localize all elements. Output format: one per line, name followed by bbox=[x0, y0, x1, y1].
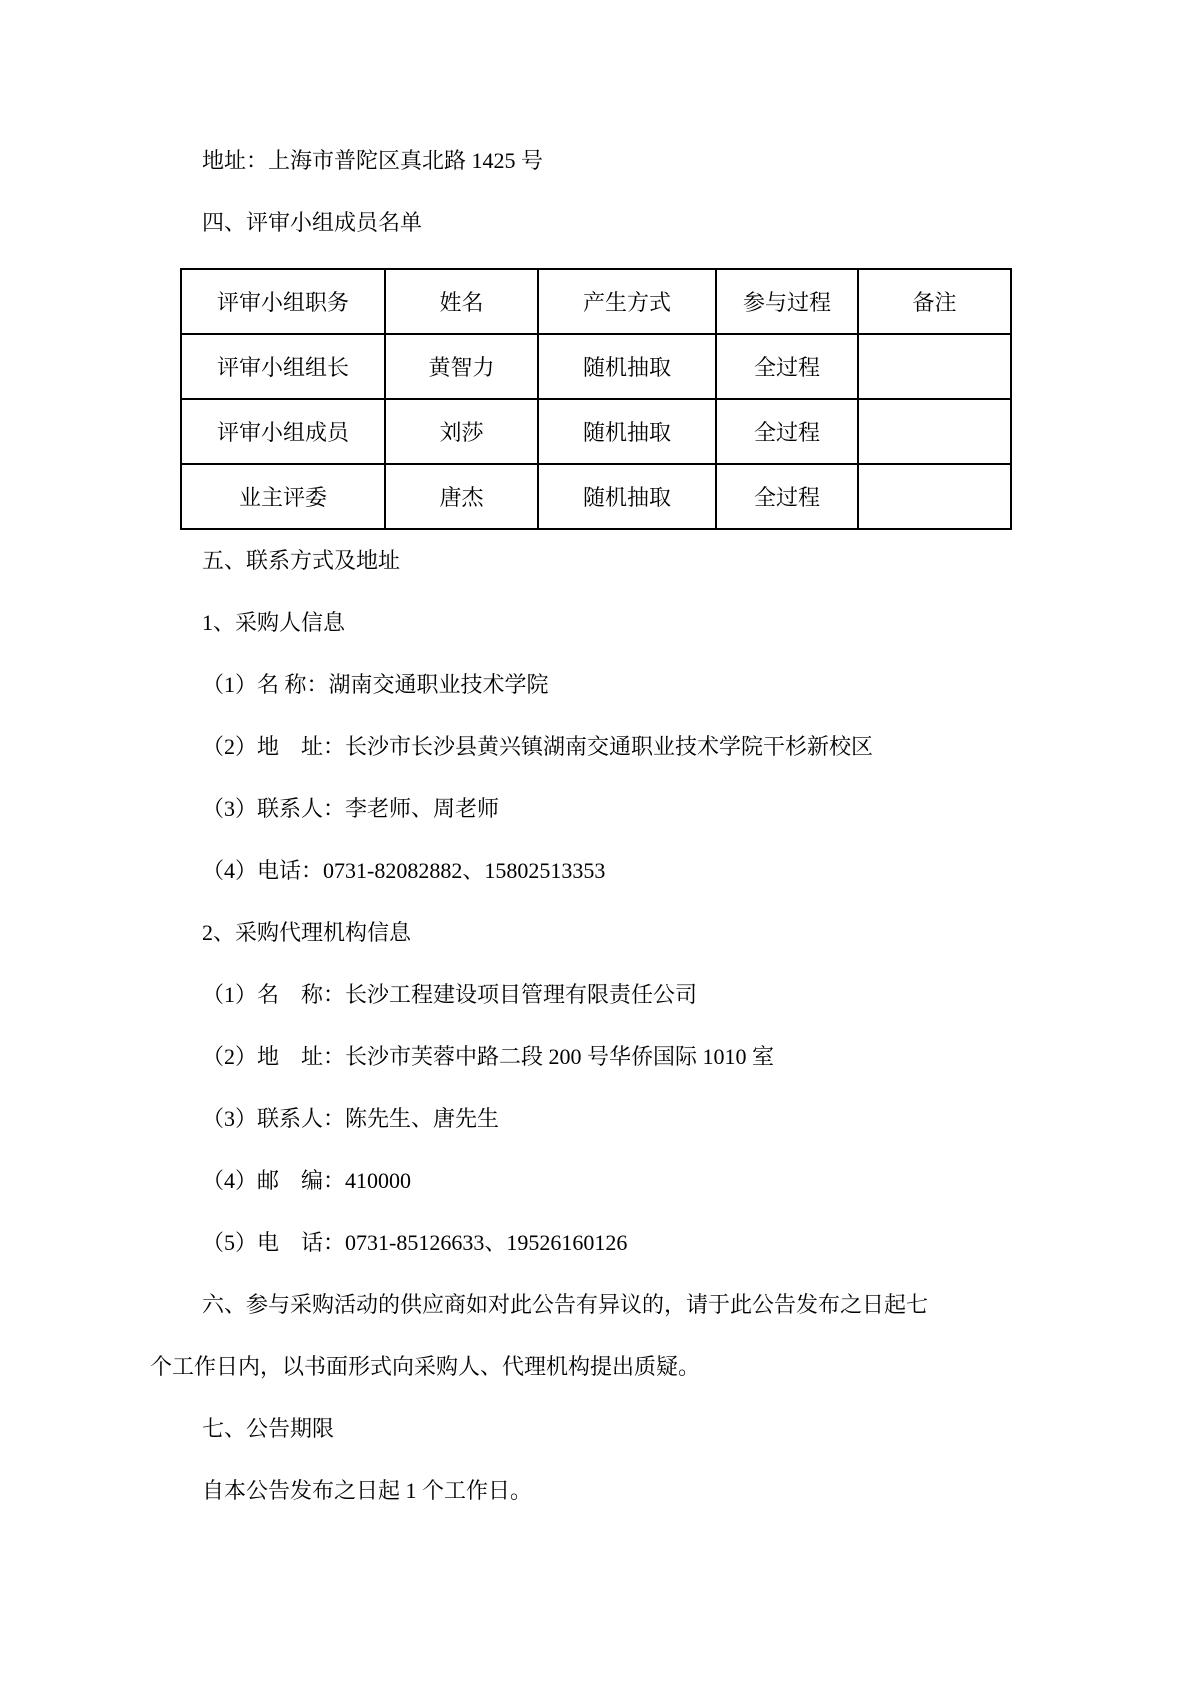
agency-info-heading: 2、采购代理机构信息 bbox=[150, 902, 1051, 964]
cell-remark bbox=[858, 464, 1011, 529]
header-cell-role: 评审小组职务 bbox=[181, 269, 385, 334]
agency-contact-line: （3）联系人：陈先生、唐先生 bbox=[150, 1088, 1051, 1150]
agency-name-line: （1）名 称：长沙工程建设项目管理有限责任公司 bbox=[150, 964, 1051, 1026]
header-cell-method: 产生方式 bbox=[538, 269, 716, 334]
header-cell-remark: 备注 bbox=[858, 269, 1011, 334]
cell-method: 随机抽取 bbox=[538, 399, 716, 464]
cell-role: 业主评委 bbox=[181, 464, 385, 529]
cell-method: 随机抽取 bbox=[538, 334, 716, 399]
document-body: 地址：上海市普陀区真北路 1425 号 四、评审小组成员名单 评审小组职务 姓名… bbox=[0, 0, 1191, 1522]
cell-name: 黄智力 bbox=[385, 334, 538, 399]
cell-process: 全过程 bbox=[716, 334, 858, 399]
cell-name: 刘莎 bbox=[385, 399, 538, 464]
header-cell-process: 参与过程 bbox=[716, 269, 858, 334]
section-5-heading: 五、联系方式及地址 bbox=[150, 530, 1051, 592]
announcement-period-line: 自本公告发布之日起 1 个工作日。 bbox=[150, 1460, 1051, 1522]
table-row: 评审小组组长 黄智力 随机抽取 全过程 bbox=[181, 334, 1011, 399]
section-4-heading: 四、评审小组成员名单 bbox=[150, 192, 1051, 254]
cell-remark bbox=[858, 399, 1011, 464]
section-6-objection-line1: 六、参与采购活动的供应商如对此公告有异议的，请于此公告发布之日起七 bbox=[150, 1274, 1051, 1336]
agency-phone-line: （5）电 话：0731-85126633、19526160126 bbox=[150, 1212, 1051, 1274]
purchaser-name-line: （1）名 称：湖南交通职业技术学院 bbox=[150, 654, 1051, 716]
cell-method: 随机抽取 bbox=[538, 464, 716, 529]
table-row: 评审小组成员 刘莎 随机抽取 全过程 bbox=[181, 399, 1011, 464]
address-line: 地址：上海市普陀区真北路 1425 号 bbox=[150, 130, 1051, 192]
review-team-table: 评审小组职务 姓名 产生方式 参与过程 备注 评审小组组长 黄智力 随机抽取 全… bbox=[180, 268, 1012, 530]
section-7-heading: 七、公告期限 bbox=[150, 1398, 1051, 1460]
cell-name: 唐杰 bbox=[385, 464, 538, 529]
purchaser-phone-line: （4）电话：0731-82082882、15802513353 bbox=[150, 840, 1051, 902]
agency-zip-line: （4）邮 编：410000 bbox=[150, 1150, 1051, 1212]
table-header-row: 评审小组职务 姓名 产生方式 参与过程 备注 bbox=[181, 269, 1011, 334]
agency-address-line: （2）地 址：长沙市芙蓉中路二段 200 号华侨国际 1010 室 bbox=[150, 1026, 1051, 1088]
cell-remark bbox=[858, 334, 1011, 399]
cell-process: 全过程 bbox=[716, 464, 858, 529]
purchaser-address-line: （2）地 址：长沙市长沙县黄兴镇湖南交通职业技术学院干杉新校区 bbox=[150, 716, 1051, 778]
cell-process: 全过程 bbox=[716, 399, 858, 464]
purchaser-contact-line: （3）联系人：李老师、周老师 bbox=[150, 778, 1051, 840]
cell-role: 评审小组组长 bbox=[181, 334, 385, 399]
header-cell-name: 姓名 bbox=[385, 269, 538, 334]
table-row: 业主评委 唐杰 随机抽取 全过程 bbox=[181, 464, 1011, 529]
cell-role: 评审小组成员 bbox=[181, 399, 385, 464]
section-6-objection-line2: 个工作日内，以书面形式向采购人、代理机构提出质疑。 bbox=[150, 1336, 1051, 1398]
document-page: 地址：上海市普陀区真北路 1425 号 四、评审小组成员名单 评审小组职务 姓名… bbox=[0, 0, 1191, 1684]
purchaser-info-heading: 1、采购人信息 bbox=[150, 592, 1051, 654]
